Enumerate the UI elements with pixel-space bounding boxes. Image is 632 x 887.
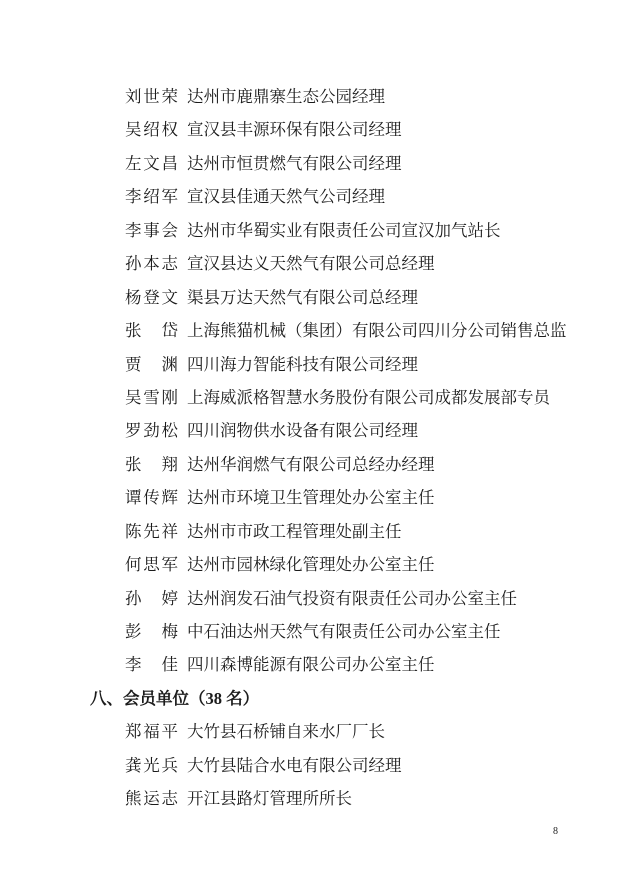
member-title: 宣汉县佳通天然气公司经理: [187, 180, 385, 213]
member-row: 吴绍权 宣汉县丰源环保有限公司经理: [0, 113, 632, 146]
member-name: 刘世荣: [125, 80, 178, 113]
member-name: 张翔: [125, 448, 178, 481]
member-name: 左文昌: [125, 147, 178, 180]
member-row: 罗劲松 四川润物供水设备有限公司经理: [0, 414, 632, 447]
member-name: 李绍军: [125, 180, 178, 213]
member-row: 李事会 达州市华蜀实业有限责任公司宣汉加气站长: [0, 214, 632, 247]
member-name: 彭梅: [125, 615, 178, 648]
member-row: 郑福平 大竹县石桥铺自来水厂厂长: [0, 715, 632, 748]
member-list-continued: 刘世荣 达州市鹿鼎寨生态公园经理 吴绍权 宣汉县丰源环保有限公司经理 左文昌 达…: [0, 80, 632, 682]
member-row: 吴雪刚 上海威派格智慧水务股份有限公司成都发展部专员: [0, 381, 632, 414]
page-number: 8: [553, 826, 558, 837]
member-name: 贾渊: [125, 348, 178, 381]
member-row: 谭传辉 达州市环境卫生管理处办公室主任: [0, 481, 632, 514]
member-name: 谭传辉: [125, 481, 178, 514]
member-title: 达州市园林绿化管理处办公室主任: [187, 548, 435, 581]
member-title: 达州华润燃气有限公司总经办经理: [187, 448, 435, 481]
member-title: 渠县万达天然气有限公司总经理: [187, 281, 418, 314]
member-row: 贾渊 四川海力智能科技有限公司经理: [0, 348, 632, 381]
member-title: 大竹县陆合水电有限公司经理: [187, 749, 402, 782]
member-title: 大竹县石桥铺自来水厂厂长: [187, 715, 385, 748]
member-name: 吴雪刚: [125, 381, 178, 414]
member-row: 李绍军 宣汉县佳通天然气公司经理: [0, 180, 632, 213]
member-name: 李事会: [125, 214, 178, 247]
member-row: 孙婷 达州润发石油气投资有限责任公司办公室主任: [0, 582, 632, 615]
member-title: 四川森博能源有限公司办公室主任: [187, 648, 435, 681]
member-name: 郑福平: [125, 715, 178, 748]
member-title: 上海熊猫机械（集团）有限公司四川分公司销售总监: [187, 314, 567, 347]
member-row: 何思军 达州市园林绿化管理处办公室主任: [0, 548, 632, 581]
member-title: 达州市华蜀实业有限责任公司宣汉加气站长: [187, 214, 501, 247]
member-row: 刘世荣 达州市鹿鼎寨生态公园经理: [0, 80, 632, 113]
document-page: 刘世荣 达州市鹿鼎寨生态公园经理 吴绍权 宣汉县丰源环保有限公司经理 左文昌 达…: [0, 0, 632, 887]
section-heading: 八、会员单位（38 名）: [0, 682, 632, 715]
member-name: 张岱: [125, 314, 178, 347]
member-row: 陈先祥 达州市市政工程管理处副主任: [0, 515, 632, 548]
member-title: 宣汉县丰源环保有限公司经理: [187, 113, 402, 146]
member-name: 李佳: [125, 648, 178, 681]
member-row: 孙本志 宣汉县达义天然气有限公司总经理: [0, 247, 632, 280]
member-title: 达州市鹿鼎寨生态公园经理: [187, 80, 385, 113]
member-title: 达州市恒贯燃气有限公司经理: [187, 147, 402, 180]
member-title: 中石油达州天然气有限责任公司办公室主任: [187, 615, 501, 648]
member-name: 罗劲松: [125, 414, 178, 447]
member-name: 孙婷: [125, 582, 178, 615]
member-row: 龚光兵 大竹县陆合水电有限公司经理: [0, 749, 632, 782]
document-content: 刘世荣 达州市鹿鼎寨生态公园经理 吴绍权 宣汉县丰源环保有限公司经理 左文昌 达…: [0, 0, 632, 816]
member-title: 上海威派格智慧水务股份有限公司成都发展部专员: [187, 381, 550, 414]
member-title: 宣汉县达义天然气有限公司总经理: [187, 247, 435, 280]
member-row: 张翔 达州华润燃气有限公司总经办经理: [0, 448, 632, 481]
member-name: 陈先祥: [125, 515, 178, 548]
member-name: 孙本志: [125, 247, 178, 280]
member-row: 李佳 四川森博能源有限公司办公室主任: [0, 648, 632, 681]
member-name: 吴绍权: [125, 113, 178, 146]
member-row: 熊运志 开江县路灯管理所所长: [0, 782, 632, 815]
member-row: 彭梅 中石油达州天然气有限责任公司办公室主任: [0, 615, 632, 648]
member-title: 开江县路灯管理所所长: [187, 782, 352, 815]
member-title: 达州市环境卫生管理处办公室主任: [187, 481, 435, 514]
member-title: 四川海力智能科技有限公司经理: [187, 348, 418, 381]
member-name: 杨登文: [125, 281, 178, 314]
member-title: 达州市市政工程管理处副主任: [187, 515, 402, 548]
member-list-section-8: 郑福平 大竹县石桥铺自来水厂厂长 龚光兵 大竹县陆合水电有限公司经理 熊运志 开…: [0, 715, 632, 815]
member-title: 达州润发石油气投资有限责任公司办公室主任: [187, 582, 517, 615]
member-name: 熊运志: [125, 782, 178, 815]
member-name: 何思军: [125, 548, 178, 581]
member-name: 龚光兵: [125, 749, 178, 782]
member-row: 杨登文 渠县万达天然气有限公司总经理: [0, 281, 632, 314]
member-row: 张岱 上海熊猫机械（集团）有限公司四川分公司销售总监: [0, 314, 632, 347]
member-row: 左文昌 达州市恒贯燃气有限公司经理: [0, 147, 632, 180]
member-title: 四川润物供水设备有限公司经理: [187, 414, 418, 447]
